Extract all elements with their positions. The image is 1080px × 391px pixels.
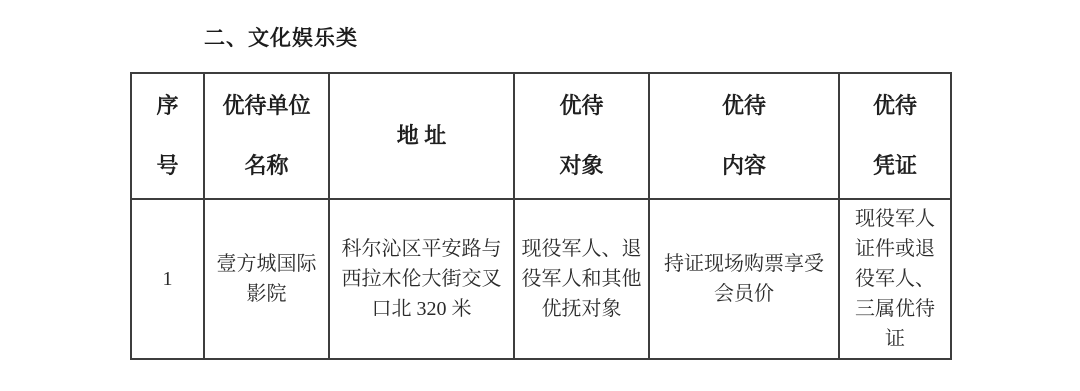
col-header-address-line1: 地 址 [330, 106, 513, 166]
col-header-content-line2: 内容 [650, 136, 838, 196]
cell-serial: 1 [131, 199, 204, 359]
col-header-serial-line2: 号 [132, 136, 203, 196]
cell-target: 现役军人、退役军人和其他优抚对象 [514, 199, 649, 359]
col-header-credential-line1: 优待 [840, 76, 950, 136]
col-header-unit-name-line1: 优待单位 [205, 76, 328, 136]
col-header-target: 优待 对象 [514, 73, 649, 199]
benefits-table: 序 号 优待单位 名称 地 址 优待 对象 优待 内容 [130, 72, 952, 360]
cell-unit-name: 壹方城国际影院 [204, 199, 329, 359]
col-header-serial: 序 号 [131, 73, 204, 199]
col-header-target-line1: 优待 [515, 76, 648, 136]
section-title: 二、文化娱乐类 [204, 22, 358, 52]
document-page: 二、文化娱乐类 序 号 优待单位 名称 地 址 [0, 0, 1080, 391]
col-header-unit-name-line2: 名称 [205, 136, 328, 196]
header-row: 序 号 优待单位 名称 地 址 优待 对象 优待 内容 [131, 73, 951, 199]
table-header: 序 号 优待单位 名称 地 址 优待 对象 优待 内容 [131, 73, 951, 199]
col-header-credential: 优待 凭证 [839, 73, 951, 199]
col-header-unit-name: 优待单位 名称 [204, 73, 329, 199]
col-header-address: 地 址 [329, 73, 514, 199]
cell-credential: 现役军人证件或退役军人、三属优待证 [839, 199, 951, 359]
col-header-content-line1: 优待 [650, 76, 838, 136]
cell-content: 持证现场购票享受会员价 [649, 199, 839, 359]
cell-address: 科尔沁区平安路与西拉木伦大街交叉口北 320 米 [329, 199, 514, 359]
col-header-serial-line1: 序 [132, 76, 203, 136]
table-row: 1 壹方城国际影院 科尔沁区平安路与西拉木伦大街交叉口北 320 米 现役军人、… [131, 199, 951, 359]
col-header-credential-line2: 凭证 [840, 136, 950, 196]
table-body: 1 壹方城国际影院 科尔沁区平安路与西拉木伦大街交叉口北 320 米 现役军人、… [131, 199, 951, 359]
col-header-content: 优待 内容 [649, 73, 839, 199]
col-header-target-line2: 对象 [515, 136, 648, 196]
